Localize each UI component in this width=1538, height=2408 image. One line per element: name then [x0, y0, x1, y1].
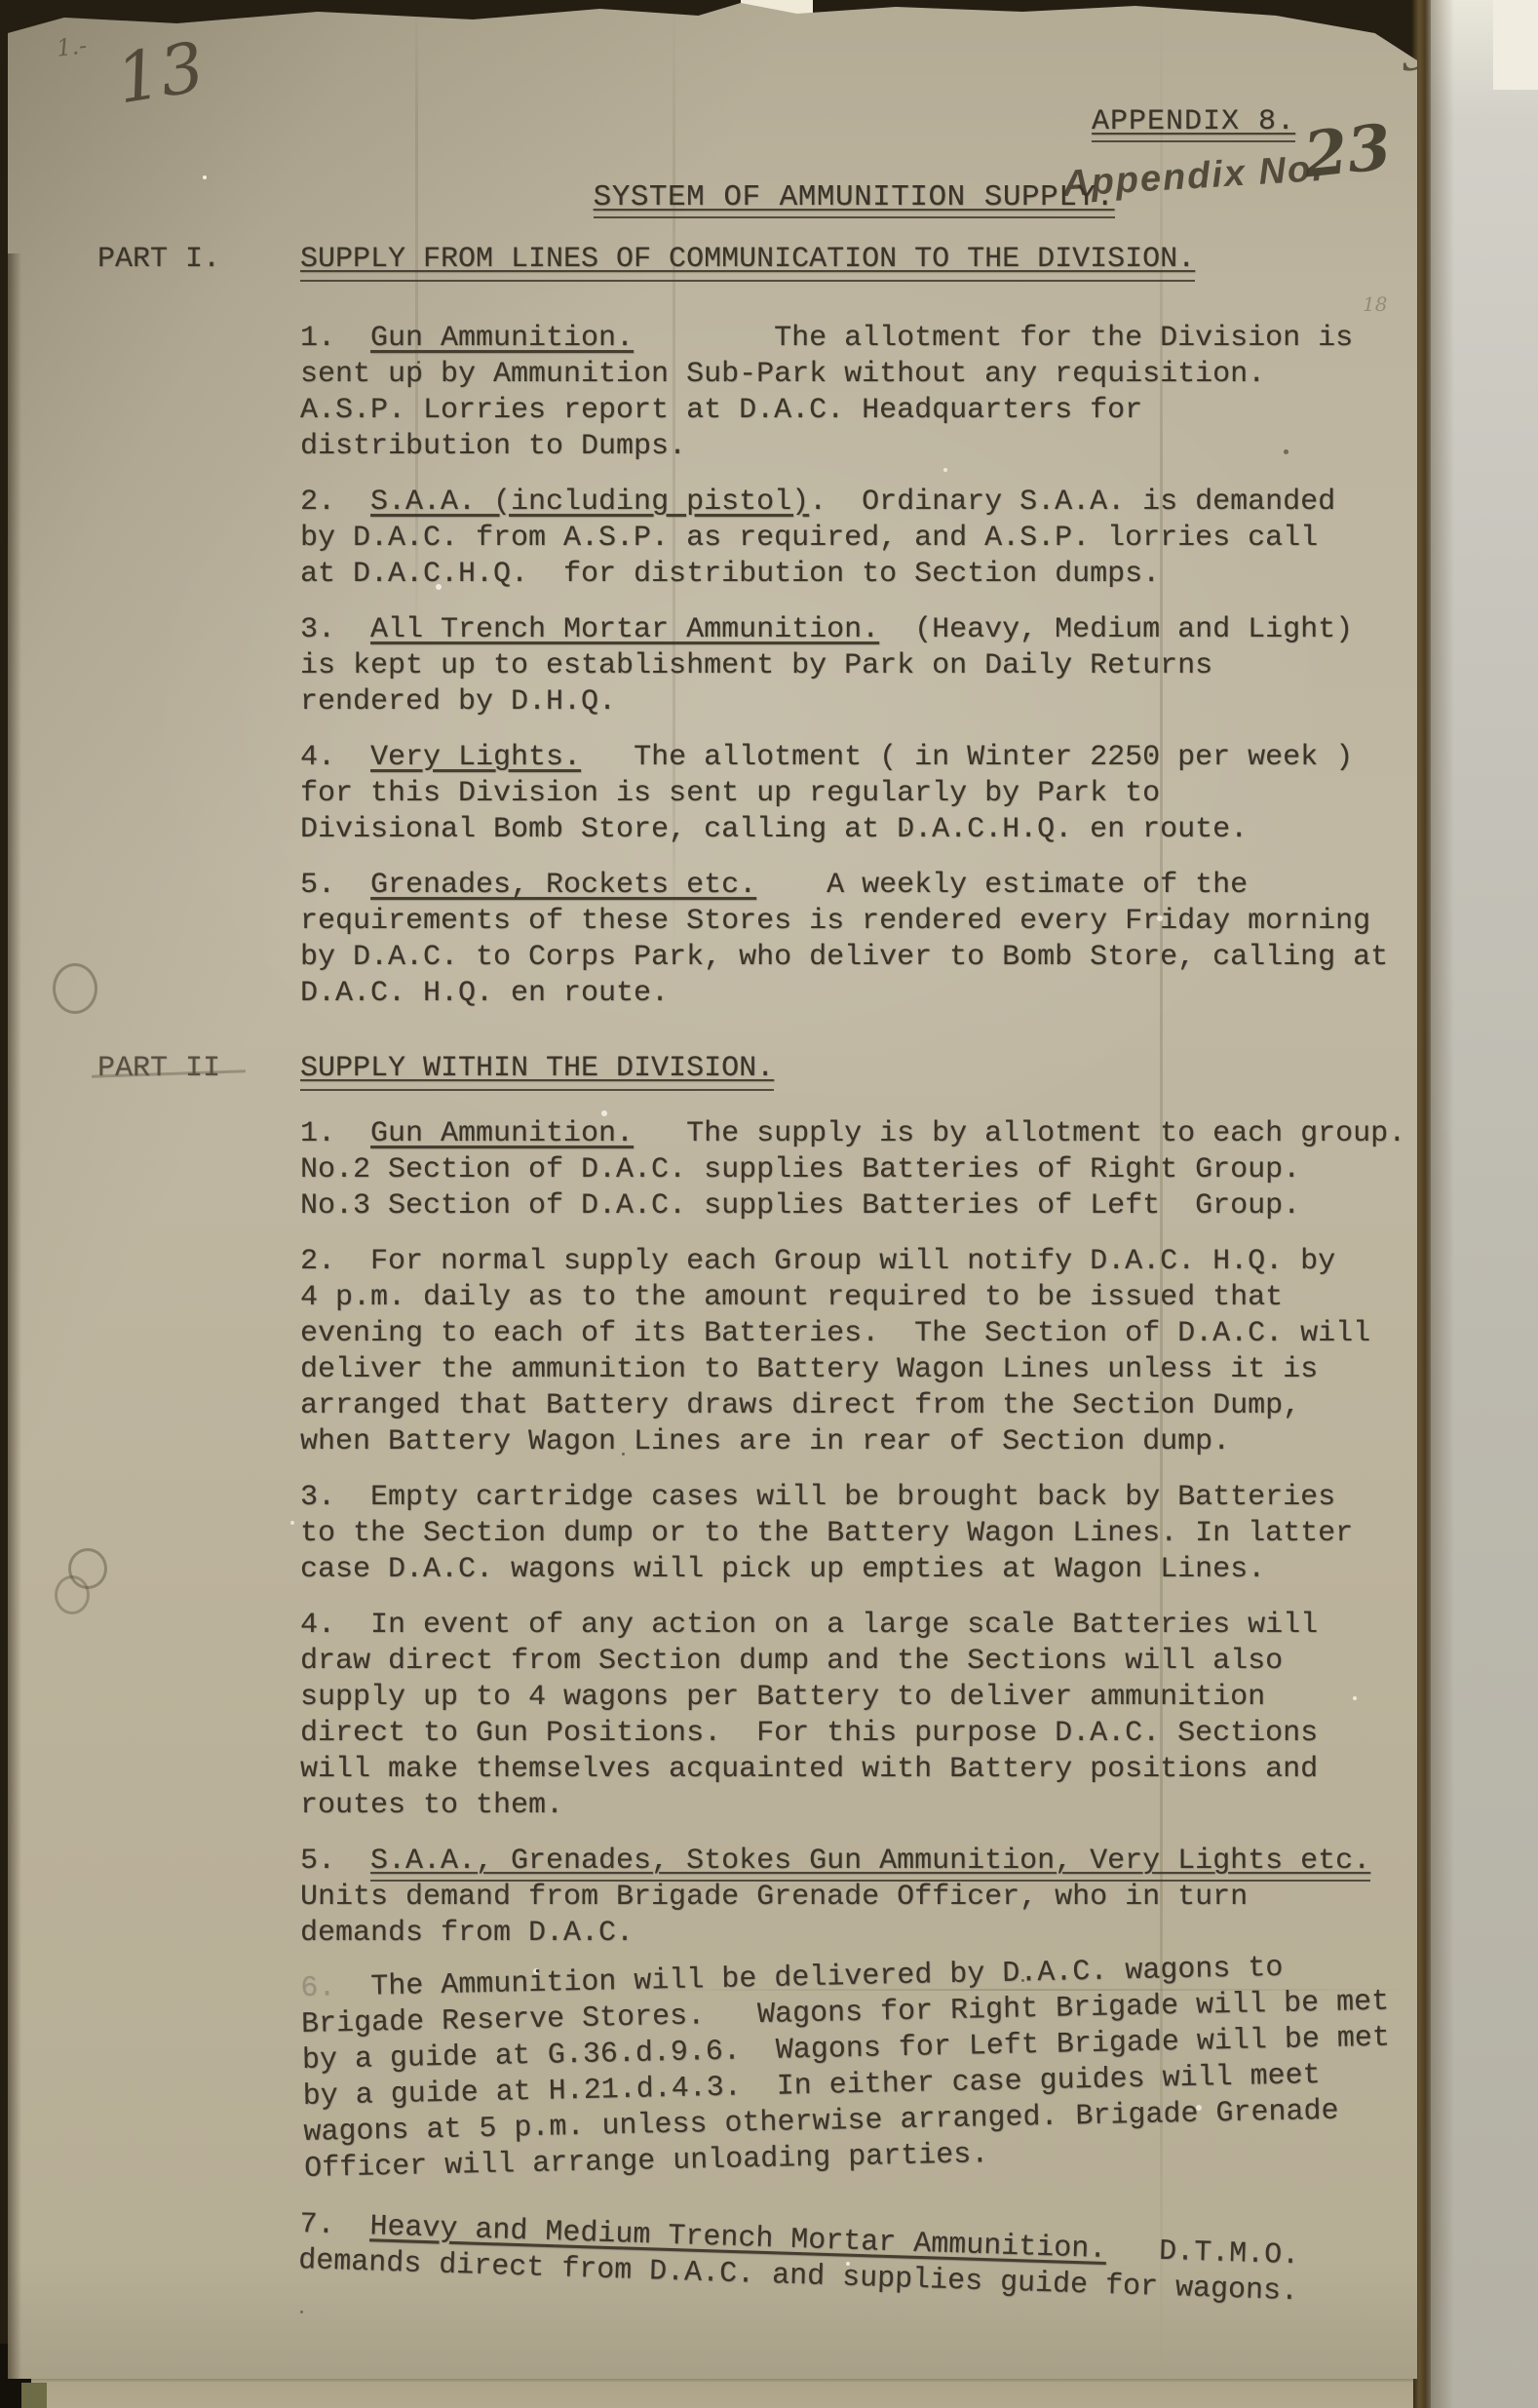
- paragraph-line: demands from D.A.C.: [300, 1916, 1423, 1952]
- paragraph-line: Units demand from Brigade Grenade Office…: [300, 1880, 1423, 1916]
- paragraph-2: 2. S.A.A. (including pistol). Ordinary S…: [300, 485, 1423, 593]
- paragraph-line: for this Division is sent up regularly b…: [300, 776, 1423, 812]
- paragraph-first-line: 2. For normal supply each Group will not…: [300, 1244, 1423, 1280]
- paragraph-title: Grenades, Rockets etc.: [370, 869, 756, 902]
- paragraph-number: 1.: [300, 1117, 370, 1150]
- paragraph-title: S.A.A. (including pistol): [370, 485, 809, 519]
- paragraph-line: sent up by Ammunition Sub-Park without a…: [300, 357, 1423, 393]
- part1-label: PART I.: [97, 242, 300, 282]
- paragraph-line: routes to them.: [300, 1788, 1423, 1824]
- paragraph-first-line: 4. Very Lights. The allotment ( in Winte…: [300, 740, 1423, 776]
- paragraph-line: at D.A.C.H.Q. for distribution to Sectio…: [300, 557, 1423, 593]
- paragraph-line: A.S.P. Lorries report at D.A.C. Headquar…: [300, 393, 1423, 429]
- paragraph-text: The supply is by allotment to each group…: [634, 1117, 1405, 1150]
- paper-specks-light: [203, 175, 207, 179]
- document-body: PART I. SUPPLY FROM LINES OF COMMUNICATI…: [97, 242, 1423, 2299]
- pencil-mark-small: 1.-: [56, 31, 89, 61]
- document-page: 1.- 13 37 18 Appendix No. 23 APPENDIX 8.…: [8, 0, 1417, 2379]
- part1-paragraphs: 1. Gun Ammunition. The allotment for the…: [97, 321, 1423, 1012]
- paragraph-line: supply up to 4 wagons per Battery to del…: [300, 1680, 1423, 1716]
- paragraph-3: 3. Empty cartridge cases will be brought…: [300, 1480, 1423, 1588]
- paragraph-title: Gun Ammunition.: [370, 1117, 634, 1150]
- paragraph-line: rendered by D.H.Q.: [300, 684, 1423, 720]
- paragraph-first-line: 2. S.A.A. (including pistol). Ordinary S…: [300, 485, 1423, 521]
- paragraph-line: to the Section dump or to the Battery Wa…: [300, 1516, 1423, 1552]
- paragraph-line: requirements of these Stores is rendered…: [300, 904, 1423, 940]
- paragraph-line: draw direct from Section dump and the Se…: [300, 1644, 1423, 1680]
- paragraph-line: 4 p.m. daily as to the amount required t…: [300, 1280, 1423, 1316]
- paragraph-text: The allotment for the Division is: [634, 322, 1353, 355]
- paragraph-3: 3. All Trench Mortar Ammunition. (Heavy,…: [300, 612, 1423, 720]
- ring-stain: [55, 1575, 90, 1614]
- paragraph-number: 3.: [300, 1481, 370, 1514]
- document-title: SYSTEM OF AMMUNITION SUPPLY.: [481, 146, 1115, 249]
- paragraph-first-line: 1. Gun Ammunition. The supply is by allo…: [300, 1116, 1423, 1152]
- paragraph-line: when Battery Wagon Lines are in rear of …: [300, 1424, 1423, 1460]
- part2-heading-row: PART II SUPPLY WITHIN THE DIVISION.: [97, 1051, 1423, 1091]
- paragraph-first-line: 4. In event of any action on a large sca…: [300, 1608, 1423, 1644]
- paragraph-4: 4. In event of any action on a large sca…: [300, 1608, 1423, 1824]
- paragraph-text: . Ordinary S.A.A. is demanded: [809, 485, 1335, 519]
- underlying-sheet-bottom: [8, 2377, 1413, 2408]
- paragraph-line: will make themselves acquainted with Bat…: [300, 1752, 1423, 1788]
- document-title-text: SYSTEM OF AMMUNITION SUPPLY.: [594, 180, 1115, 218]
- paragraph-first-line: 5. Grenades, Rockets etc. A weekly estim…: [300, 868, 1423, 904]
- paragraph-line: evening to each of its Batteries. The Se…: [300, 1316, 1423, 1352]
- part2-heading: SUPPLY WITHIN THE DIVISION.: [300, 1051, 774, 1091]
- paragraph-5: 5. S.A.A., Grenades, Stokes Gun Ammuniti…: [300, 1844, 1423, 1952]
- paragraph-number: 5.: [300, 869, 370, 902]
- paragraph-number: 1.: [300, 322, 370, 355]
- paragraph-first-line: 3. Empty cartridge cases will be brought…: [300, 1480, 1423, 1516]
- paragraph-line: by D.A.C. from A.S.P. as required, and A…: [300, 521, 1423, 557]
- paragraph-number: 6.: [300, 1970, 371, 2005]
- paragraph-number: 4.: [300, 741, 370, 774]
- ring-stain: [53, 963, 97, 1014]
- white-paper-corner: [1493, 0, 1538, 90]
- part2-label: PART II: [97, 1051, 300, 1091]
- paragraph-text: The allotment ( in Winter 2250 per week …: [581, 741, 1353, 774]
- paragraph-7: 7. Heavy and Medium Trench Mortar Ammuni…: [298, 2207, 1423, 2314]
- paragraph-number: 3.: [300, 613, 370, 646]
- part2-paragraphs: 1. Gun Ammunition. The supply is by allo…: [97, 1116, 1423, 2279]
- paragraph-title: All Trench Mortar Ammunition.: [370, 613, 879, 646]
- paragraph-title: Gun Ammunition.: [370, 322, 634, 355]
- paragraph-text: A weekly estimate of the: [756, 869, 1248, 902]
- part1-heading-row: PART I. SUPPLY FROM LINES OF COMMUNICATI…: [97, 242, 1423, 282]
- pencil-page-number-left: 13: [111, 27, 210, 120]
- paragraph-first-line: 5. S.A.A., Grenades, Stokes Gun Ammuniti…: [300, 1844, 1423, 1880]
- left-shadow-band: [8, 253, 21, 2379]
- paragraph-line: case D.A.C. wagons will pick up empties …: [300, 1552, 1423, 1588]
- paragraph-number: 2.: [300, 1245, 370, 1278]
- appendix-label-text: APPENDIX 8.: [1092, 105, 1295, 142]
- paragraph-title: Very Lights.: [370, 741, 581, 774]
- paragraph-5: 5. Grenades, Rockets etc. A weekly estim…: [300, 868, 1423, 1012]
- paragraph-text: D.T.M.O.: [1106, 2233, 1300, 2272]
- paragraph-1: 1. Gun Ammunition. The supply is by allo…: [300, 1116, 1423, 1224]
- paragraph-line: distribution to Dumps.: [300, 429, 1423, 465]
- part1-heading: SUPPLY FROM LINES OF COMMUNICATION TO TH…: [300, 242, 1195, 282]
- paragraph-line: No.3 Section of D.A.C. supplies Batterie…: [300, 1188, 1423, 1224]
- paragraph-line: by D.A.C. to Corps Park, who deliver to …: [300, 940, 1423, 976]
- paragraph-first-line: 1. Gun Ammunition. The allotment for the…: [300, 321, 1423, 357]
- paragraph-6: 6. The Ammunition will be delivered by D…: [300, 1948, 1427, 2188]
- scanned-document-photo: 1.- 13 37 18 Appendix No. 23 APPENDIX 8.…: [0, 0, 1538, 2408]
- paragraph-line: arranged that Battery draws direct from …: [300, 1388, 1423, 1424]
- paragraph-number: 7.: [299, 2208, 370, 2243]
- paragraph-4: 4. Very Lights. The allotment ( in Winte…: [300, 740, 1423, 848]
- bottom-left-notch-olive: [21, 2383, 47, 2408]
- paragraph-number: 2.: [300, 485, 370, 519]
- paragraph-title: S.A.A., Grenades, Stokes Gun Ammunition,…: [370, 1845, 1370, 1882]
- paragraph-line: D.A.C. H.Q. en route.: [300, 976, 1423, 1012]
- paragraph-text: Empty cartridge cases will be brought ba…: [370, 1481, 1335, 1514]
- paragraph-text: For normal supply each Group will notify…: [370, 1245, 1335, 1278]
- paragraph-2: 2. For normal supply each Group will not…: [300, 1244, 1423, 1460]
- paragraph-line: Divisional Bomb Store, calling at D.A.C.…: [300, 812, 1423, 848]
- paragraph-number: 4.: [300, 1609, 370, 1642]
- paragraph-first-line: 3. All Trench Mortar Ammunition. (Heavy,…: [300, 612, 1423, 648]
- paragraph-text: In event of any action on a large scale …: [370, 1609, 1318, 1642]
- paragraph-line: No.2 Section of D.A.C. supplies Batterie…: [300, 1152, 1423, 1188]
- paragraph-line: deliver the ammunition to Battery Wagon …: [300, 1352, 1423, 1388]
- paragraph-1: 1. Gun Ammunition. The allotment for the…: [300, 321, 1423, 465]
- paragraph-line: direct to Gun Positions. For this purpos…: [300, 1716, 1423, 1752]
- appendix-stamp-number: 23: [1300, 111, 1394, 193]
- paragraph-number: 5.: [300, 1845, 370, 1878]
- paragraph-text: (Heavy, Medium and Light): [879, 613, 1353, 646]
- paragraph-line: is kept up to establishment by Park on D…: [300, 648, 1423, 684]
